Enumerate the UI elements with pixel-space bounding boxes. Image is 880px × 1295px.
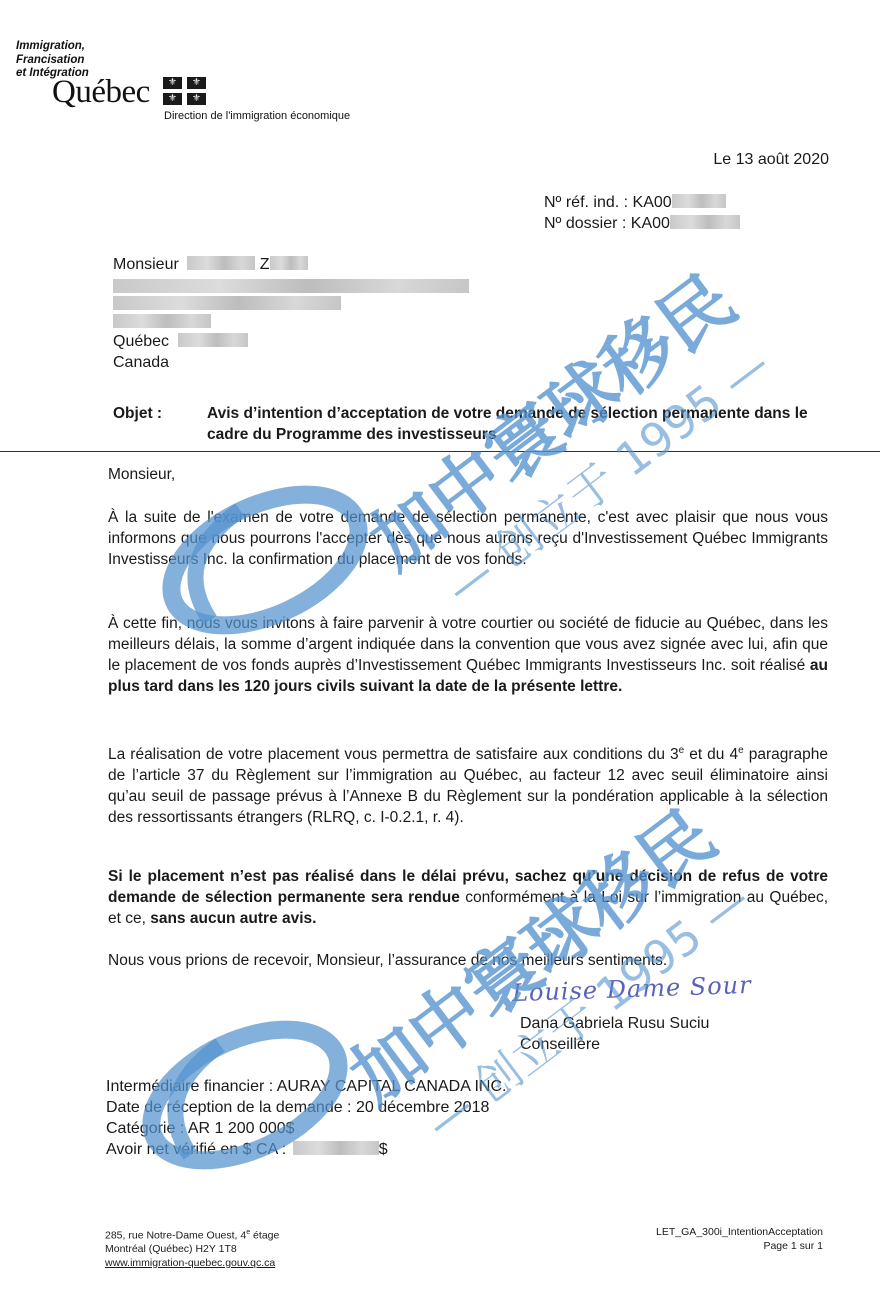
- closing-formula: Nous vous prions de recevoir, Monsieur, …: [108, 950, 828, 971]
- category: Catégorie : AR 1 200 000$: [106, 1118, 506, 1139]
- financial-intermediary: Intermédiaire financier : AURAY CAPITAL …: [106, 1076, 506, 1097]
- website-link[interactable]: www.immigration-quebec.gouv.qc.ca: [105, 1257, 275, 1269]
- quebec-logo-wordmark: Québec: [52, 74, 150, 110]
- net-worth-suffix: $: [379, 1141, 388, 1158]
- fleur-de-lis-icon: ⚜: [187, 77, 206, 89]
- paragraph-4: Si le placement n’est pas réalisé dans l…: [108, 866, 828, 929]
- ministry-line: Francisation: [16, 54, 89, 68]
- handwritten-signature: Louise Dame Sour: [512, 971, 752, 1007]
- divider: [0, 451, 880, 452]
- paragraph-3-text: et du 4: [684, 746, 738, 763]
- paragraph-3-text: La réalisation de votre placement vous p…: [108, 746, 679, 763]
- redacted-address-line: [113, 296, 341, 310]
- paragraph-2: À cette fin, nous vous invitons à faire …: [108, 613, 828, 697]
- address-text: étage: [250, 1230, 279, 1242]
- dossier-value: KA00: [631, 215, 670, 232]
- signer-block: Dana Gabriela Rusu Suciu Conseillère: [520, 1013, 709, 1055]
- redacted-block: [293, 1141, 379, 1155]
- redacted-block: [270, 256, 308, 270]
- footer-doc-info: LET_GA_300i_IntentionAcceptation Page 1 …: [656, 1226, 823, 1253]
- signer-role: Conseillère: [520, 1034, 709, 1055]
- reception-date: Date de réception de la demande : 20 déc…: [106, 1097, 506, 1118]
- redacted-block: [187, 256, 255, 270]
- page-number: Page 1 sur 1: [656, 1240, 823, 1254]
- fleur-de-lis-icon: ⚜: [187, 93, 206, 105]
- ref-ind-label: Nº réf. ind. :: [544, 194, 628, 211]
- subject-label: Objet :: [113, 403, 203, 424]
- paragraph-2-text: À cette fin, nous vous invitons à faire …: [108, 615, 828, 674]
- paragraph-1: À la suite de l'examen de votre demande …: [108, 507, 828, 570]
- ref-ind-value: KA00: [633, 194, 672, 211]
- recipient-city: Québec: [113, 333, 169, 350]
- address-text: 285, rue Notre-Dame Ouest, 4: [105, 1230, 246, 1242]
- address-line-1: 285, rue Notre-Dame Ouest, 4e étage: [105, 1226, 279, 1243]
- redacted-block: [672, 194, 726, 208]
- recipient-name-row: Monsieur Z: [113, 254, 469, 275]
- fleur-de-lis-icon: ⚜: [163, 93, 182, 105]
- salutation: Monsieur,: [108, 464, 828, 485]
- quebec-flag-icon: ⚜ ⚜ ⚜ ⚜: [163, 77, 207, 105]
- ref-ind-row: Nº réf. ind. : KA00: [544, 192, 740, 213]
- recipient-title: Monsieur: [113, 256, 179, 273]
- recipient-address: Monsieur Z Québec Canada: [113, 254, 469, 373]
- address-line-2: Montréal (Québec) H2Y 1T8: [105, 1243, 279, 1257]
- redacted-address-line: [113, 314, 211, 328]
- signer-name: Dana Gabriela Rusu Suciu: [520, 1013, 709, 1034]
- redacted-block: [670, 215, 740, 229]
- redacted-block: [178, 333, 248, 347]
- recipient-city-row: Québec: [113, 331, 469, 352]
- application-details: Intermédiaire financier : AURAY CAPITAL …: [106, 1076, 506, 1160]
- letter-date: Le 13 août 2020: [713, 151, 829, 169]
- department-name: Direction de l'immigration économique: [164, 110, 350, 122]
- subject-text: Avis d’intention d’acceptation de votre …: [207, 403, 847, 445]
- paragraph-3: La réalisation de votre placement vous p…: [108, 740, 828, 828]
- document-code: LET_GA_300i_IntentionAcceptation: [656, 1226, 823, 1240]
- reference-numbers: Nº réf. ind. : KA00 Nº dossier : KA00: [544, 192, 740, 234]
- dossier-row: Nº dossier : KA00: [544, 213, 740, 234]
- fleur-de-lis-icon: ⚜: [163, 77, 182, 89]
- net-worth-label: Avoir net vérifié en $ CA :: [106, 1141, 286, 1158]
- net-worth-row: Avoir net vérifié en $ CA : $: [106, 1139, 506, 1160]
- paragraph-4-warning: sans aucun autre avis.: [150, 910, 316, 927]
- footer-address: 285, rue Notre-Dame Ouest, 4e étage Mont…: [105, 1226, 279, 1270]
- redacted-address-line: [113, 279, 469, 293]
- dossier-label: Nº dossier :: [544, 215, 626, 232]
- recipient-country: Canada: [113, 352, 469, 373]
- ministry-line: Immigration,: [16, 40, 89, 54]
- recipient-initial: Z: [260, 256, 270, 273]
